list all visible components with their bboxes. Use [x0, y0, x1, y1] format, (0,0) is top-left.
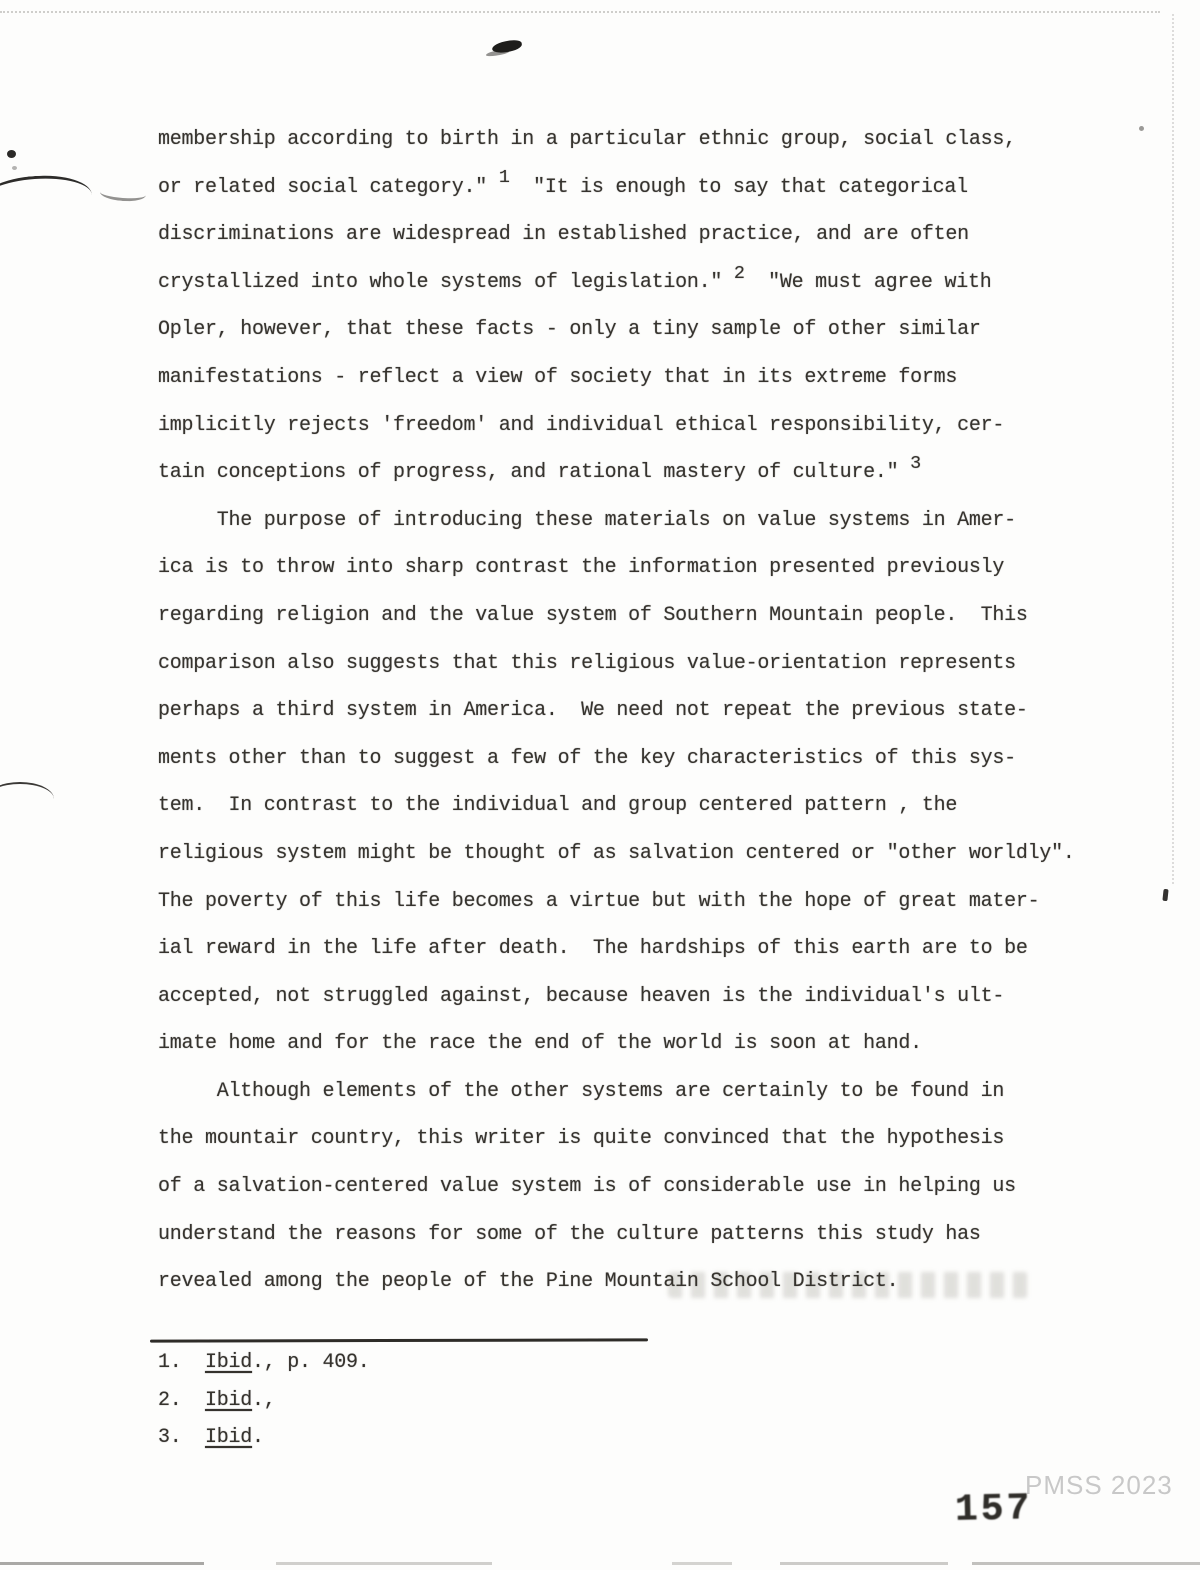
footnotes: 1. Ibid., p. 409.2. Ibid.,3. Ibid. [158, 1344, 370, 1457]
text-line: ments other than to suggest a few of the… [158, 735, 1168, 783]
text-line: religious system might be thought of as … [158, 830, 1168, 878]
scan-artifact-right-dotted-line [1172, 14, 1174, 884]
text-line: manifestations - reflect a view of socie… [158, 354, 1168, 402]
underlined-term: Ibid [205, 1389, 252, 1412]
text-line: 2. Ibid., [158, 1382, 370, 1420]
text-segment: comparison also suggests that this relig… [158, 652, 1016, 675]
text-segment: 3. [158, 1426, 205, 1449]
footnote-reference: 2 [734, 263, 745, 284]
text-line: regarding religion and the value system … [158, 592, 1168, 640]
text-line: or related social category." 1 "It is en… [158, 164, 1168, 212]
text-line: implicitly rejects 'freedom' and individ… [158, 402, 1168, 450]
text-segment: ., p. 409. [252, 1351, 370, 1374]
text-segment: perhaps a third system in America. We ne… [158, 699, 1028, 722]
text-line: The poverty of this life becomes a virtu… [158, 878, 1168, 926]
scanned-document-page: membership according to birth in a parti… [0, 0, 1200, 1570]
text-segment: ica is to throw into sharp contrast the … [158, 556, 1004, 579]
text-segment: membership according to birth in a parti… [158, 128, 1016, 151]
text-line: membership according to birth in a parti… [158, 116, 1168, 164]
text-segment: "It is enough to say that categorical [510, 176, 968, 199]
text-line: crystallized into whole systems of legis… [158, 259, 1168, 307]
text-segment: accepted, not struggled against, because… [158, 985, 1004, 1008]
underlined-term: Ibid [205, 1351, 252, 1374]
text-line: perhaps a third system in America. We ne… [158, 687, 1168, 735]
text-line: Although elements of the other systems a… [158, 1068, 1168, 1116]
text-line: imate home and for the race the end of t… [158, 1020, 1168, 1068]
scan-artifact-top-dotted-line [0, 11, 1160, 13]
text-line: ial reward in the life after death. The … [158, 925, 1168, 973]
text-line: ica is to throw into sharp contrast the … [158, 544, 1168, 592]
text-line: the mountair country, this writer is qui… [158, 1115, 1168, 1163]
text-segment: 2. [158, 1389, 205, 1412]
page-number: 157 [955, 1487, 1033, 1532]
text-segment: ., [252, 1389, 276, 1412]
text-line: 1. Ibid., p. 409. [158, 1344, 370, 1382]
text-segment: The purpose of introducing these materia… [158, 509, 1016, 532]
text-line: 3. Ibid. [158, 1419, 370, 1457]
scan-speck [7, 150, 16, 158]
text-segment: revealed among the people of the Pine Mo… [158, 1270, 898, 1293]
text-segment: of a salvation-centered value system is … [158, 1175, 1016, 1198]
scan-artifact-bottom-edge [0, 1562, 1200, 1565]
text-line: of a salvation-centered value system is … [158, 1163, 1168, 1211]
text-segment: imate home and for the race the end of t… [158, 1032, 922, 1055]
footnote-separator-line [150, 1338, 648, 1342]
text-line: comparison also suggests that this relig… [158, 640, 1168, 688]
scan-artifact-arc [0, 172, 93, 225]
text-segment: tain conceptions of progress, and ration… [158, 461, 910, 484]
footnote-reference: 1 [499, 167, 510, 188]
text-segment: regarding religion and the value system … [158, 604, 1028, 627]
text-segment: ments other than to suggest a few of the… [158, 747, 1016, 770]
scan-artifact-arc [0, 782, 54, 816]
text-segment: 1. [158, 1351, 205, 1374]
text-segment: implicitly rejects 'freedom' and individ… [158, 414, 1004, 437]
text-segment: religious system might be thought of as … [158, 842, 1075, 865]
text-segment: the mountair country, this writer is qui… [158, 1127, 1004, 1150]
text-segment: tem. In contrast to the individual and g… [158, 794, 957, 817]
text-line: discriminations are widespread in establ… [158, 211, 1168, 259]
text-line: understand the reasons for some of the c… [158, 1211, 1168, 1259]
text-segment: Although elements of the other systems a… [158, 1080, 1004, 1103]
ink-smudge [491, 39, 522, 54]
text-segment: . [252, 1426, 264, 1449]
underlined-term: Ibid [205, 1426, 252, 1449]
scan-artifact-arc-tail [100, 184, 147, 202]
text-line: tem. In contrast to the individual and g… [158, 782, 1168, 830]
text-line: tain conceptions of progress, and ration… [158, 449, 1168, 497]
typewritten-body: membership according to birth in a parti… [158, 116, 1168, 1306]
text-line: accepted, not struggled against, because… [158, 973, 1168, 1021]
text-segment: understand the reasons for some of the c… [158, 1223, 981, 1246]
text-segment: ial reward in the life after death. The … [158, 937, 1028, 960]
text-segment: manifestations - reflect a view of socie… [158, 366, 957, 389]
text-segment: The poverty of this life becomes a virtu… [158, 890, 1039, 913]
text-segment: "We must agree with [745, 271, 992, 294]
text-line: The purpose of introducing these materia… [158, 497, 1168, 545]
text-line: Opler, however, that these facts - only … [158, 306, 1168, 354]
watermark: PMSS 2023 [1025, 1470, 1173, 1501]
text-segment: crystallized into whole systems of legis… [158, 271, 734, 294]
text-segment: Opler, however, that these facts - only … [158, 318, 981, 341]
text-line: revealed among the people of the Pine Mo… [158, 1258, 1168, 1306]
text-segment: or related social category." [158, 176, 499, 199]
footnote-reference: 3 [910, 453, 921, 474]
text-segment: discriminations are widespread in establ… [158, 223, 969, 246]
